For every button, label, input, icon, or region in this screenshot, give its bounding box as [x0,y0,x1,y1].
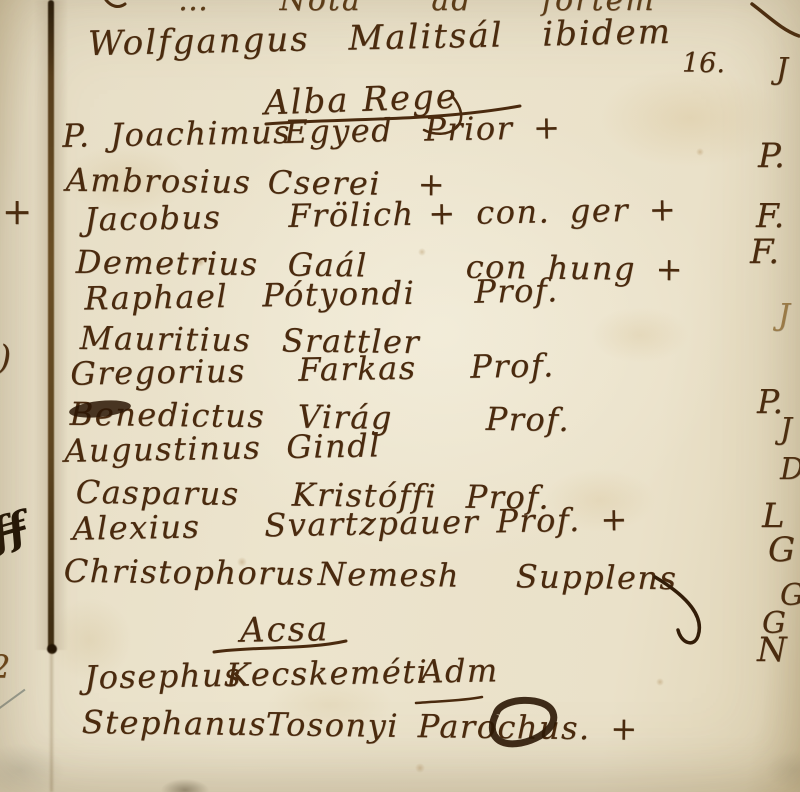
entry-note: Adm [420,651,499,690]
corner-flourish-stroke [752,4,799,36]
margin-hook-mark: ) [0,338,11,378]
cut-letter: G [768,530,795,570]
entry-first-name: Gregorius [70,352,246,393]
register-row: Christophorus Nemesh Supplens [0,551,800,561]
cut-letter: J [776,52,788,87]
entry-note: Prof. [474,271,559,310]
entry-surname: Pótyondi [262,274,416,315]
entry-first-name: Jacobus [84,198,222,238]
entry-first-name: Alexius [72,508,201,548]
entry-note: Supplens [515,557,677,597]
margin-cross-mark: + [2,192,32,233]
page-fold-crease [48,0,54,650]
entry-surname: Nemesh [318,555,461,595]
entry-first-name: Josephus [84,656,242,697]
entry-first-name: Raphael [84,277,228,318]
entry-surname: Tosonyi [266,705,400,745]
entry-surname: Kecskeméti [226,653,429,695]
pencil-stroke [0,689,26,709]
entry-first-name: Christophorus [64,552,316,593]
entry-first-name: P. Joachimus [62,113,291,155]
margin-crossed-ff-mark: ff [0,502,32,559]
margin-partial-digit: 2 [0,648,10,686]
entry-surname: Farkas [298,349,417,389]
section-heading-acsa: Acsa [240,609,330,651]
cut-letter: N [757,630,787,670]
entry-surname: Gindl [286,426,381,466]
entry-surname: Svartzpauer [264,503,480,545]
register-row: Ambrosius Cserei + [0,160,800,170]
register-row: Benedictus Virág Prof. [0,394,800,404]
cut-letter: P. [758,136,785,176]
entry-first-name: Stephanus [82,703,267,743]
cut-letter: F. [756,196,784,235]
entry-first-name: Augustinus [64,428,262,469]
cut-letter: J [780,412,792,447]
register-row: Mauritius Srattler [0,318,800,328]
fold-crease-faint [50,652,53,792]
entry-surname: Egyed [284,111,393,151]
entry-note: Prof. [485,400,570,439]
entry-note: Prof. [470,346,555,385]
entry-note: + con. ger + [428,190,677,232]
entry-first-name: Casparus [76,473,240,513]
cut-letter: J [778,298,790,333]
header-line: Wolfgangus Malitsál ibidem [88,12,673,64]
entry-note: Parochus. + [418,707,639,748]
adm-underline [416,697,482,703]
manuscript-page: … Nota ad fortem Wolfgangus Malitsál ibi… [0,0,800,792]
page-number: 16. [682,48,725,79]
cut-stroke [106,0,125,7]
entry-note: Prior + [424,108,562,148]
cut-letter: F. [750,232,779,272]
entry-surname: Frölich [288,195,415,235]
register-row: Casparus Kristóffi Prof. [0,472,800,482]
cut-letter: D [780,452,800,487]
register-row: Demetrius Gaál con hung + [0,242,800,252]
register-row: Stephanus Tosonyi Parochus. + [0,702,800,712]
register-row: Josephus Kecskeméti Adm [0,646,800,660]
entry-first-name: Ambrosius [66,161,252,201]
entry-note: Prof. + [496,500,629,540]
